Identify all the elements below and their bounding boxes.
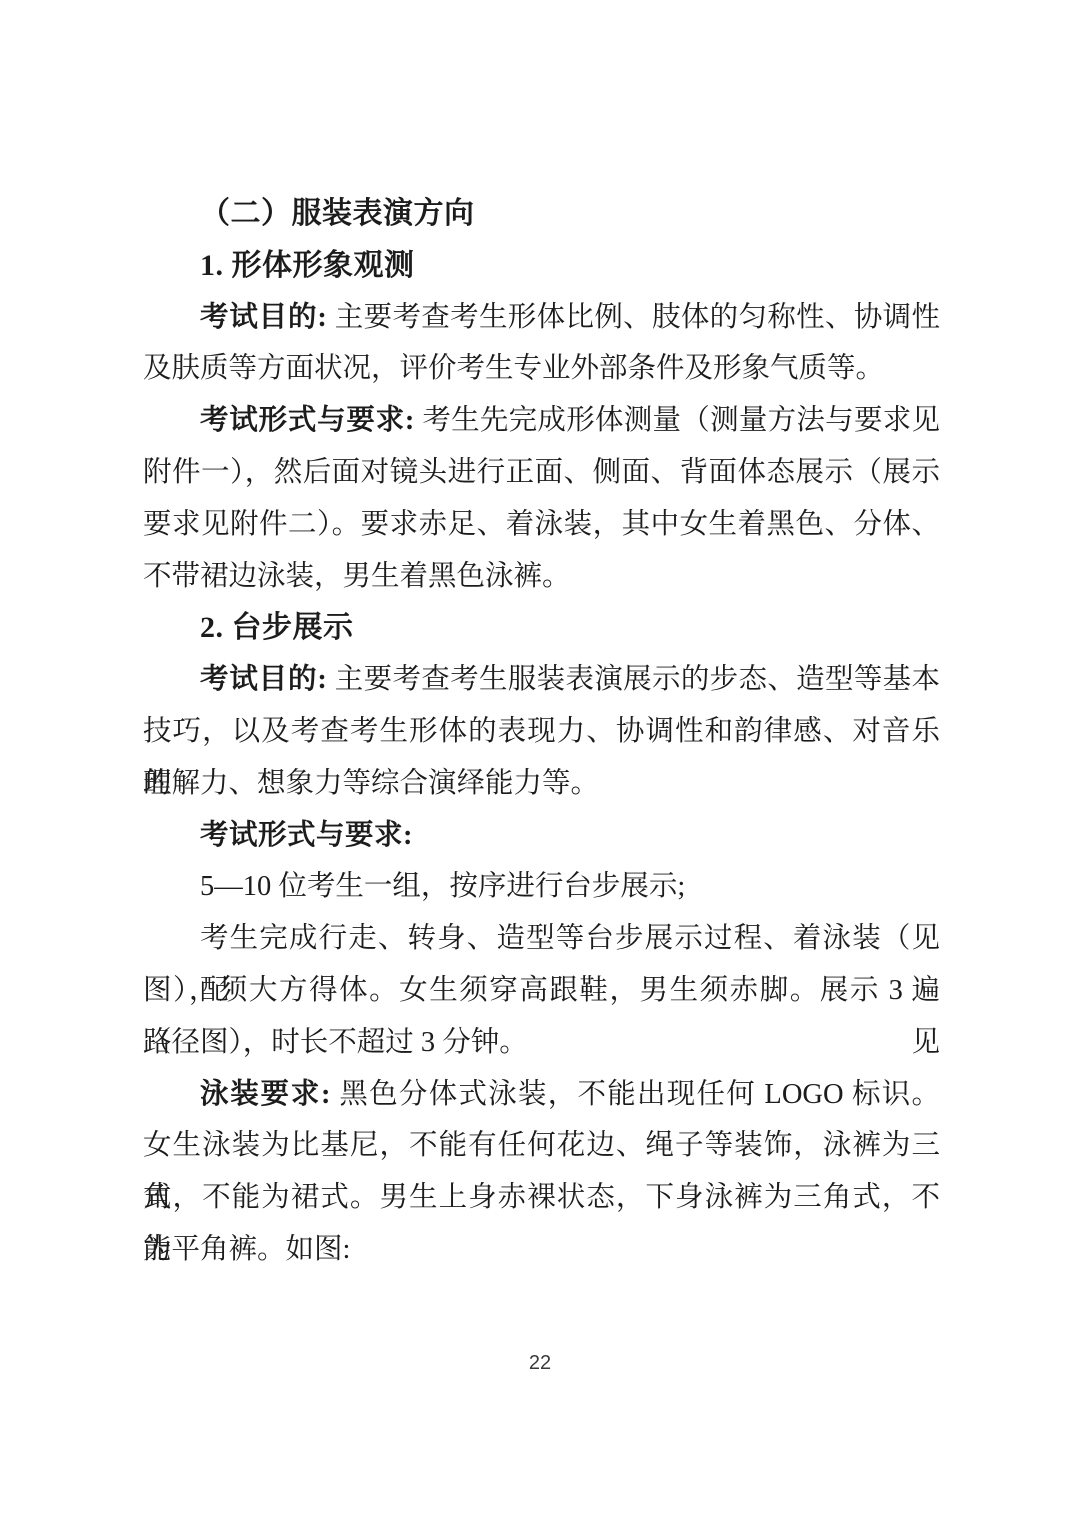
text-segment: 附件一），然后面对镜头进行正面、侧面、背面体态展示（展示: [143, 457, 940, 488]
text-line: 要求见附件二）。要求赤足、着泳装，其中女生着黑色、分体、: [143, 499, 940, 551]
text-segment: 主要考查考生服装表演展示的步态、造型等基本: [327, 664, 940, 695]
bold-text-segment: 1. 形体形象观测: [200, 249, 415, 282]
text-line: 考试形式与要求: 考生先完成形体测量（测量方法与要求见: [143, 395, 940, 447]
bold-text-segment: 考试形式与要求:: [200, 405, 415, 436]
heading-line: （二）服装表演方向: [143, 188, 940, 240]
bold-text-segment: 考试形式与要求:: [200, 820, 413, 851]
text-line: 考试目的: 主要考查考生形体比例、肢体的匀称性、协调性: [143, 292, 940, 344]
text-segment: 5—10 位考生一组，按序进行台步展示;: [200, 871, 685, 902]
text-line: 技巧，以及考查考生形体的表现力、协调性和韵律感、对音乐的: [143, 706, 940, 758]
text-segment: 考生先完成形体测量（测量方法与要求见: [415, 405, 940, 436]
page-number: 22: [0, 1352, 1080, 1375]
text-line: 女生泳装为比基尼，不能有任何花边、绳子等装饰，泳裤为三角: [143, 1120, 940, 1172]
text-line: 泳装要求: 黑色分体式泳装，不能出现任何 LOGO 标识。: [143, 1069, 940, 1121]
text-segment: 及肤质等方面状况，评价考生专业外部条件及形象气质等。: [143, 353, 884, 384]
text-line: 不带裙边泳装，男生着黑色泳裤。: [143, 551, 940, 603]
text-segment: 黑色分体式泳装，不能出现任何 LOGO 标识。: [331, 1079, 940, 1110]
text-line: 式，不能为裙式。男生上身赤裸状态，下身泳裤为三角式，不能: [143, 1172, 940, 1224]
text-line: 图），须大方得体。女生须穿高跟鞋，男生须赤脚。展示 3 遍（见: [143, 965, 940, 1017]
text-line: 理解力、想象力等综合演绎能力等。: [143, 758, 940, 810]
bold-text-segment: 2. 台步展示: [200, 611, 354, 644]
text-line: 附件一），然后面对镜头进行正面、侧面、背面体态展示（展示: [143, 447, 940, 499]
text-line: 考生完成行走、转身、造型等台步展示过程、着泳装（见配: [143, 913, 940, 965]
text-line: 为平角裤。如图:: [143, 1224, 940, 1276]
bold-text-segment: 泳装要求:: [200, 1079, 331, 1110]
text-line: 考试形式与要求:: [143, 810, 940, 862]
text-line: 考试目的: 主要考查考生服装表演展示的步态、造型等基本: [143, 654, 940, 706]
text-segment: 为平角裤。如图:: [143, 1234, 350, 1265]
text-line: 5—10 位考生一组，按序进行台步展示;: [143, 861, 940, 913]
heading-line: 1. 形体形象观测: [143, 240, 940, 292]
document-page: （二）服装表演方向1. 形体形象观测考试目的: 主要考查考生形体比例、肢体的匀称…: [0, 0, 1080, 1526]
bold-text-segment: 考试目的:: [200, 302, 327, 333]
text-segment: 主要考查考生形体比例、肢体的匀称性、协调性: [327, 302, 940, 333]
text-segment: 路径图），时长不超过 3 分钟。: [143, 1027, 528, 1058]
text-segment: 要求见附件二）。要求赤足、着泳装，其中女生着黑色、分体、: [143, 509, 940, 540]
bold-text-segment: 考试目的:: [200, 664, 327, 695]
text-line: 及肤质等方面状况，评价考生专业外部条件及形象气质等。: [143, 343, 940, 395]
bold-text-segment: （二）服装表演方向: [200, 197, 475, 230]
heading-line: 2. 台步展示: [143, 602, 940, 654]
text-segment: 理解力、想象力等综合演绎能力等。: [143, 768, 599, 799]
text-segment: 不带裙边泳装，男生着黑色泳裤。: [143, 561, 571, 592]
document-body: （二）服装表演方向1. 形体形象观测考试目的: 主要考查考生形体比例、肢体的匀称…: [143, 188, 940, 1276]
